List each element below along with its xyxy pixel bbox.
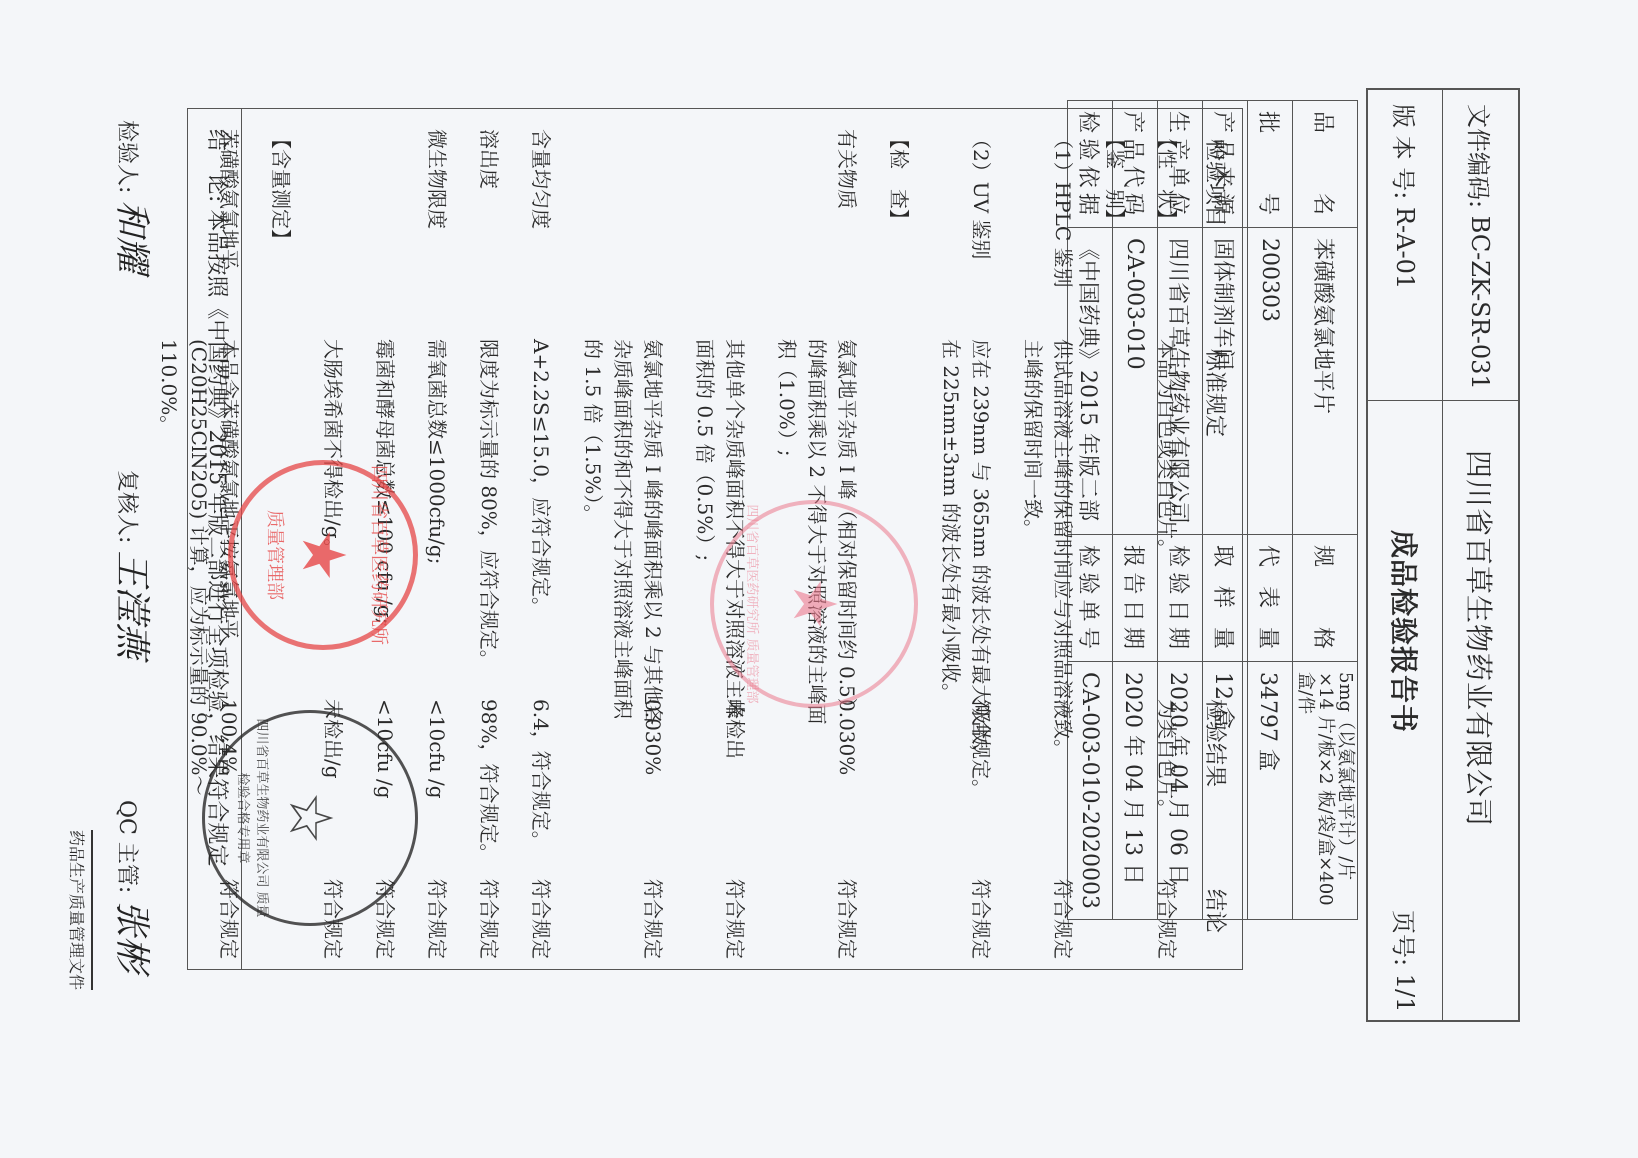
- spec-label: 规 格: [1293, 535, 1358, 662]
- test-conclusion: 符合规定: [422, 879, 452, 959]
- report-title: 成品检验报告书: [1386, 530, 1426, 733]
- batch: 200303: [1248, 228, 1293, 535]
- standard-line: 的 1.5 倍（1.5%）。: [578, 339, 608, 524]
- column-header-result: 检验结果: [1201, 699, 1232, 787]
- test-item: 【检 查】: [884, 129, 914, 229]
- standard-line: 限度为标示量的 80%，应符合规定。: [474, 339, 504, 670]
- reviewer-sig: 王滢燕: [111, 550, 152, 658]
- star-icon: ☆: [275, 791, 345, 845]
- test-item: 溶出度: [474, 129, 504, 189]
- test-result: 6.4，符合规定。: [526, 699, 556, 851]
- standard-line: 本品为白色或类白色片。: [1152, 339, 1182, 559]
- inspector-sig: 和耀: [111, 200, 152, 272]
- qc-sig: 张彬: [111, 900, 152, 972]
- test-conclusion: 符合规定: [966, 879, 996, 959]
- inspection-report-page: 文件编码: BC-ZK-SR-031 四川省百草生物药业有限公司 版 本 号: …: [0, 0, 1638, 1158]
- star-icon: ★: [779, 577, 849, 631]
- qc-label: QC 主管:: [114, 800, 139, 893]
- test-result: 98%，符合规定。: [474, 699, 504, 863]
- test-item: 微生物限度: [422, 129, 452, 229]
- conclusion-label: 结 论:: [204, 129, 229, 202]
- test-result: 0.030%: [832, 699, 862, 775]
- column-header-standard: 标准规定: [1201, 349, 1232, 437]
- test-result: 为类白色片。: [1152, 699, 1182, 819]
- black-seal-stamp: ☆ 四川省百草生物药业有限公司 质量检验合格专用章: [202, 710, 418, 926]
- test-item: （1）HPLC 鉴别: [1048, 129, 1078, 288]
- spec: 5mg（以氨氯地平计）/片×14 片/板×2 板/袋/盒×400 盒/件: [1293, 662, 1358, 920]
- inspector-label: 检验人:: [114, 120, 139, 193]
- batch-label: 批 号: [1248, 101, 1293, 228]
- test-conclusion: 符合规定: [1152, 879, 1182, 959]
- page-label: 页号:: [1388, 910, 1423, 966]
- product-name-label: 品 名: [1293, 101, 1358, 228]
- test-conclusion: 符合规定: [720, 879, 750, 959]
- standard-line: 积（1.0%）;: [772, 339, 802, 457]
- test-conclusion: 符合规定: [1048, 879, 1078, 959]
- standard-line: 面积的 0.5 倍（0.5%）;: [690, 339, 720, 561]
- test-result: 一致。: [1048, 699, 1078, 759]
- version-label: 版 本 号:: [1388, 104, 1423, 199]
- doc-code: BC-ZK-SR-031: [1467, 216, 1495, 390]
- test-conclusion: 符合规定: [638, 879, 668, 959]
- test-conclusion: 符合规定: [832, 879, 862, 959]
- test-item: 【性 状】: [1152, 129, 1182, 229]
- quantity-label: 代 表 量: [1248, 535, 1293, 662]
- column-header-conclusion: 结论: [1201, 889, 1232, 933]
- pink-seal-stamp: ★ 四川省百草医药研究所 质量管理部: [710, 500, 918, 708]
- test-conclusion: 符合规定: [526, 879, 556, 959]
- page-number: 1/1: [1392, 974, 1420, 1013]
- test-result: <10cfu /g: [422, 699, 452, 799]
- standard-line: 主峰的保留时间一致。: [1018, 339, 1048, 539]
- quantity: 34797 盒: [1248, 662, 1293, 920]
- test-item: 【鉴 别】: [1100, 129, 1130, 229]
- test-item: 有关物质: [832, 129, 862, 209]
- test-item: （2）UV 鉴别: [966, 129, 996, 259]
- standard-line: 需氧菌总数≤1000cfu/g;: [422, 339, 452, 564]
- red-seal-stamp: 四川省百草医药研究所 ★ 质量管理部: [228, 460, 418, 650]
- product-name: 苯磺酸氨氯地平片: [1293, 228, 1358, 535]
- reviewer-signature: 复核人: 王滢燕: [109, 470, 160, 658]
- test-item: 含量均匀度: [526, 129, 556, 229]
- inspector-signature: 检验人: 和耀: [109, 120, 160, 272]
- test-conclusion: 符合规定: [474, 879, 504, 959]
- document-header: 文件编码: BC-ZK-SR-031 四川省百草生物药业有限公司 版 本 号: …: [1366, 88, 1520, 1022]
- standard-line: A+2.2S≤15.0，应符合规定。: [526, 339, 556, 617]
- company-name: 四川省百草生物药业有限公司: [1461, 450, 1501, 827]
- test-result: 未检出: [720, 699, 750, 759]
- star-icon: ★: [288, 528, 358, 582]
- standard-line: 供试品溶液主峰的保留时间应与对照品溶液: [1048, 339, 1078, 719]
- test-result: 0.030%: [638, 699, 668, 775]
- test-result: 符合规定。: [966, 699, 996, 799]
- version: R-A-01: [1392, 207, 1420, 289]
- column-header-item: 检验项目: [1201, 139, 1232, 227]
- test-item: 【含量测定】: [266, 129, 296, 249]
- footer-text: 药品生产质量管理文件: [66, 830, 93, 990]
- doc-code-label: 文件编码:: [1463, 104, 1498, 208]
- standard-line: 杂质峰面积的和不得大于对照溶液主峰面积: [608, 339, 638, 719]
- standard-line: 110.0%。: [154, 339, 184, 435]
- standard-line: 氨氯地平杂质 I 峰的峰面积乘以 2 与其他各: [638, 339, 668, 725]
- reviewer-label: 复核人:: [114, 470, 139, 543]
- standard-line: 在 225nm±3nm 的波长处有最小吸收。: [936, 339, 966, 703]
- qc-signature: QC 主管: 张彬: [109, 800, 160, 972]
